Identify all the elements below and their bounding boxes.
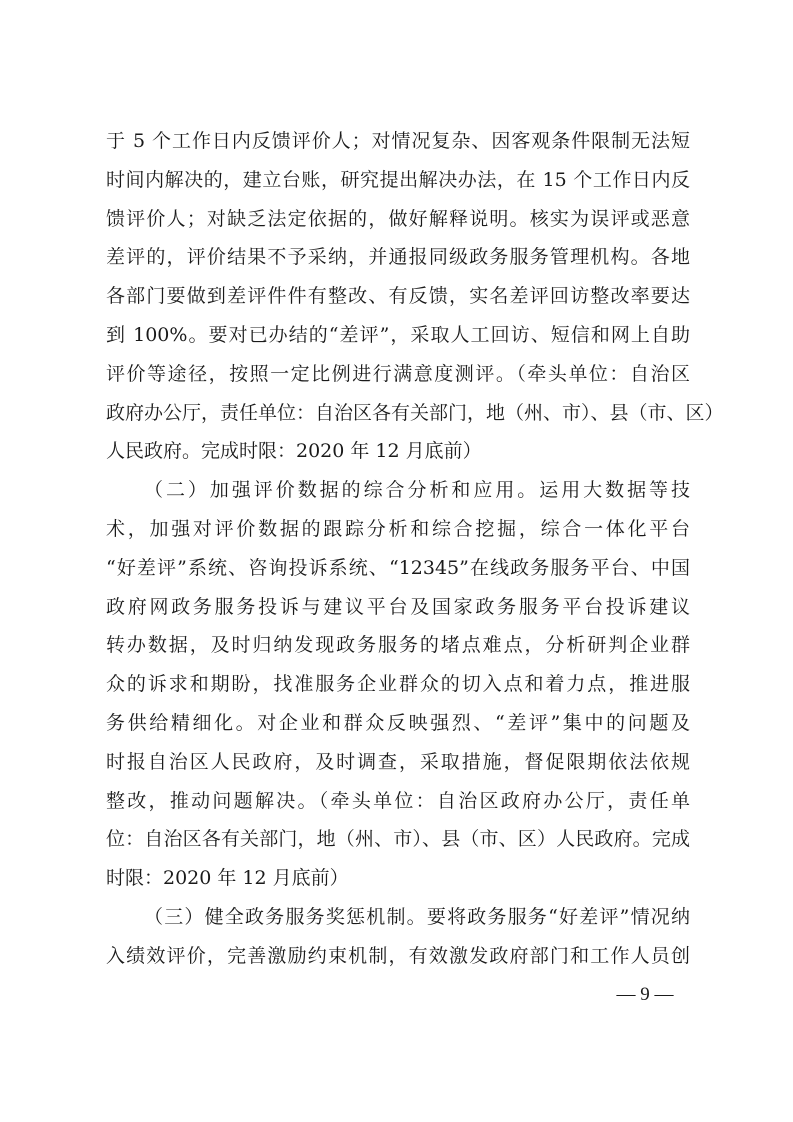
section-heading-line: （二）加强评价数据的综合分析和应用。运用大数据等技: [106, 471, 690, 510]
text-line: 政府办公厅，责任单位：自治区各有关部门，地（州、市）、县（市、区）: [106, 394, 690, 433]
text-line: “好差评”系统、咨询投诉系统、“12345”在线政务服务平台、中国: [106, 549, 690, 588]
text-line: 差评的，评价结果不予采纳，并通报同级政务服务管理机构。各地: [106, 238, 690, 277]
text-line: 时间内解决的，建立台账，研究提出解决办法，在 15 个工作日内反: [106, 161, 690, 200]
text-span: 要将政务服务“好差评”情况纳: [427, 906, 690, 928]
text-line: 整改，推动问题解决。（牵头单位：自治区政府办公厅，责任单: [106, 782, 690, 821]
text-line: 于 5 个工作日内反馈评价人；对情况复杂、因客观条件限制无法短: [106, 122, 690, 161]
text-line: 时限：2020 年 12 月底前）: [106, 859, 690, 898]
text-line: 到 100%。要对已办结的“差评”，采取人工回访、短信和网上自助: [106, 316, 690, 355]
text-span: 运用大数据等技: [539, 479, 690, 501]
text-line: 各部门要做到差评件件有整改、有反馈，实名差评回访整改率要达: [106, 277, 690, 316]
text-line: 人民政府。完成时限：2020 年 12 月底前）: [106, 432, 690, 471]
text-line: 政府网政务服务投诉与建议平台及国家政务服务平台投诉建议: [106, 588, 690, 627]
body-text: 于 5 个工作日内反馈评价人；对情况复杂、因客观条件限制无法短 时间内解决的，建…: [106, 122, 690, 976]
text-line: 务供给精细化。对企业和群众反映强烈、“差评”集中的问题及: [106, 704, 690, 743]
page-number: — 9 —: [600, 980, 690, 1010]
text-line: 馈评价人；对缺乏法定依据的，做好解释说明。核实为误评或恶意: [106, 200, 690, 239]
text-line: 转办数据，及时归纳发现政务服务的堵点难点，分析研判企业群: [106, 626, 690, 665]
section-heading: （二）加强评价数据的综合分析和应用。: [144, 479, 539, 501]
section-heading-line: （三）健全政务服务奖惩机制。要将政务服务“好差评”情况纳: [106, 898, 690, 937]
text-line: 评价等途径，按照一定比例进行满意度测评。（牵头单位：自治区: [106, 355, 690, 394]
text-line: 众的诉求和期盼，找准服务企业群众的切入点和着力点，推进服: [106, 665, 690, 704]
section-heading: （三）健全政务服务奖惩机制。: [144, 906, 427, 928]
text-line: 时报自治区人民政府，及时调查，采取措施，督促限期依法依规: [106, 743, 690, 782]
document-page: 于 5 个工作日内反馈评价人；对情况复杂、因客观条件限制无法短 时间内解决的，建…: [0, 0, 793, 1122]
text-line: 位：自治区各有关部门，地（州、市）、县（市、区）人民政府。完成: [106, 820, 690, 859]
text-line: 入绩效评价，完善激励约束机制，有效激发政府部门和工作人员创: [106, 937, 690, 976]
text-line: 术，加强对评价数据的跟踪分析和综合挖掘，综合一体化平台: [106, 510, 690, 549]
